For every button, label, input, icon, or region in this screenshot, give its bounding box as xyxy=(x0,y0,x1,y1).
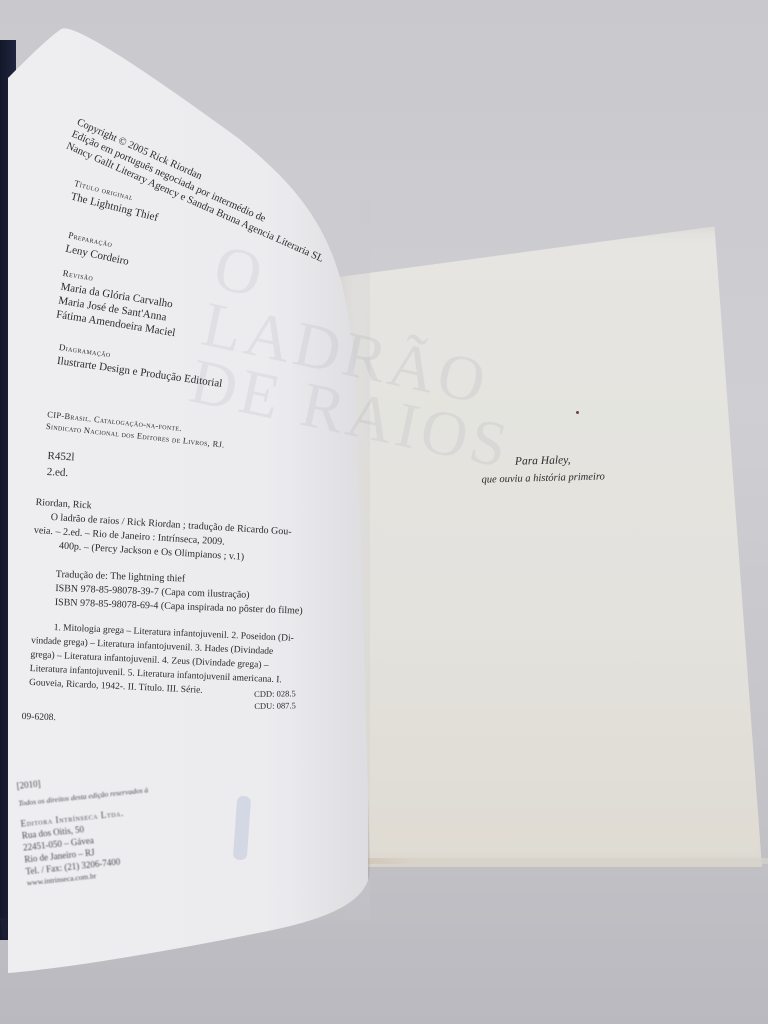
photo-scene: Para Haley, que ouviu a história primeir… xyxy=(0,0,768,1024)
record-number: 09-6208. xyxy=(22,710,57,725)
right-page xyxy=(330,227,762,867)
cutter-code: R452l xyxy=(47,448,75,465)
classification-block: CDD: 028.5 CDU: 087.5 xyxy=(254,687,296,712)
paper-speck xyxy=(576,411,579,414)
translation-isbn-block: Tradução de: The lightning thief ISBN 97… xyxy=(55,568,304,619)
right-page-bottom-edge xyxy=(330,858,768,864)
imprint-block: [2010] Todos os direitos desta edição re… xyxy=(16,766,157,889)
cdd-code: CDD: 028.5 xyxy=(254,687,296,700)
catalog-code-block: R452l 2.ed. xyxy=(46,448,75,481)
cdu-code: CDU: 087.5 xyxy=(254,699,296,712)
edition: 2.ed. xyxy=(46,464,74,481)
dedication: Para Haley, que ouviu a história primeir… xyxy=(438,449,649,490)
